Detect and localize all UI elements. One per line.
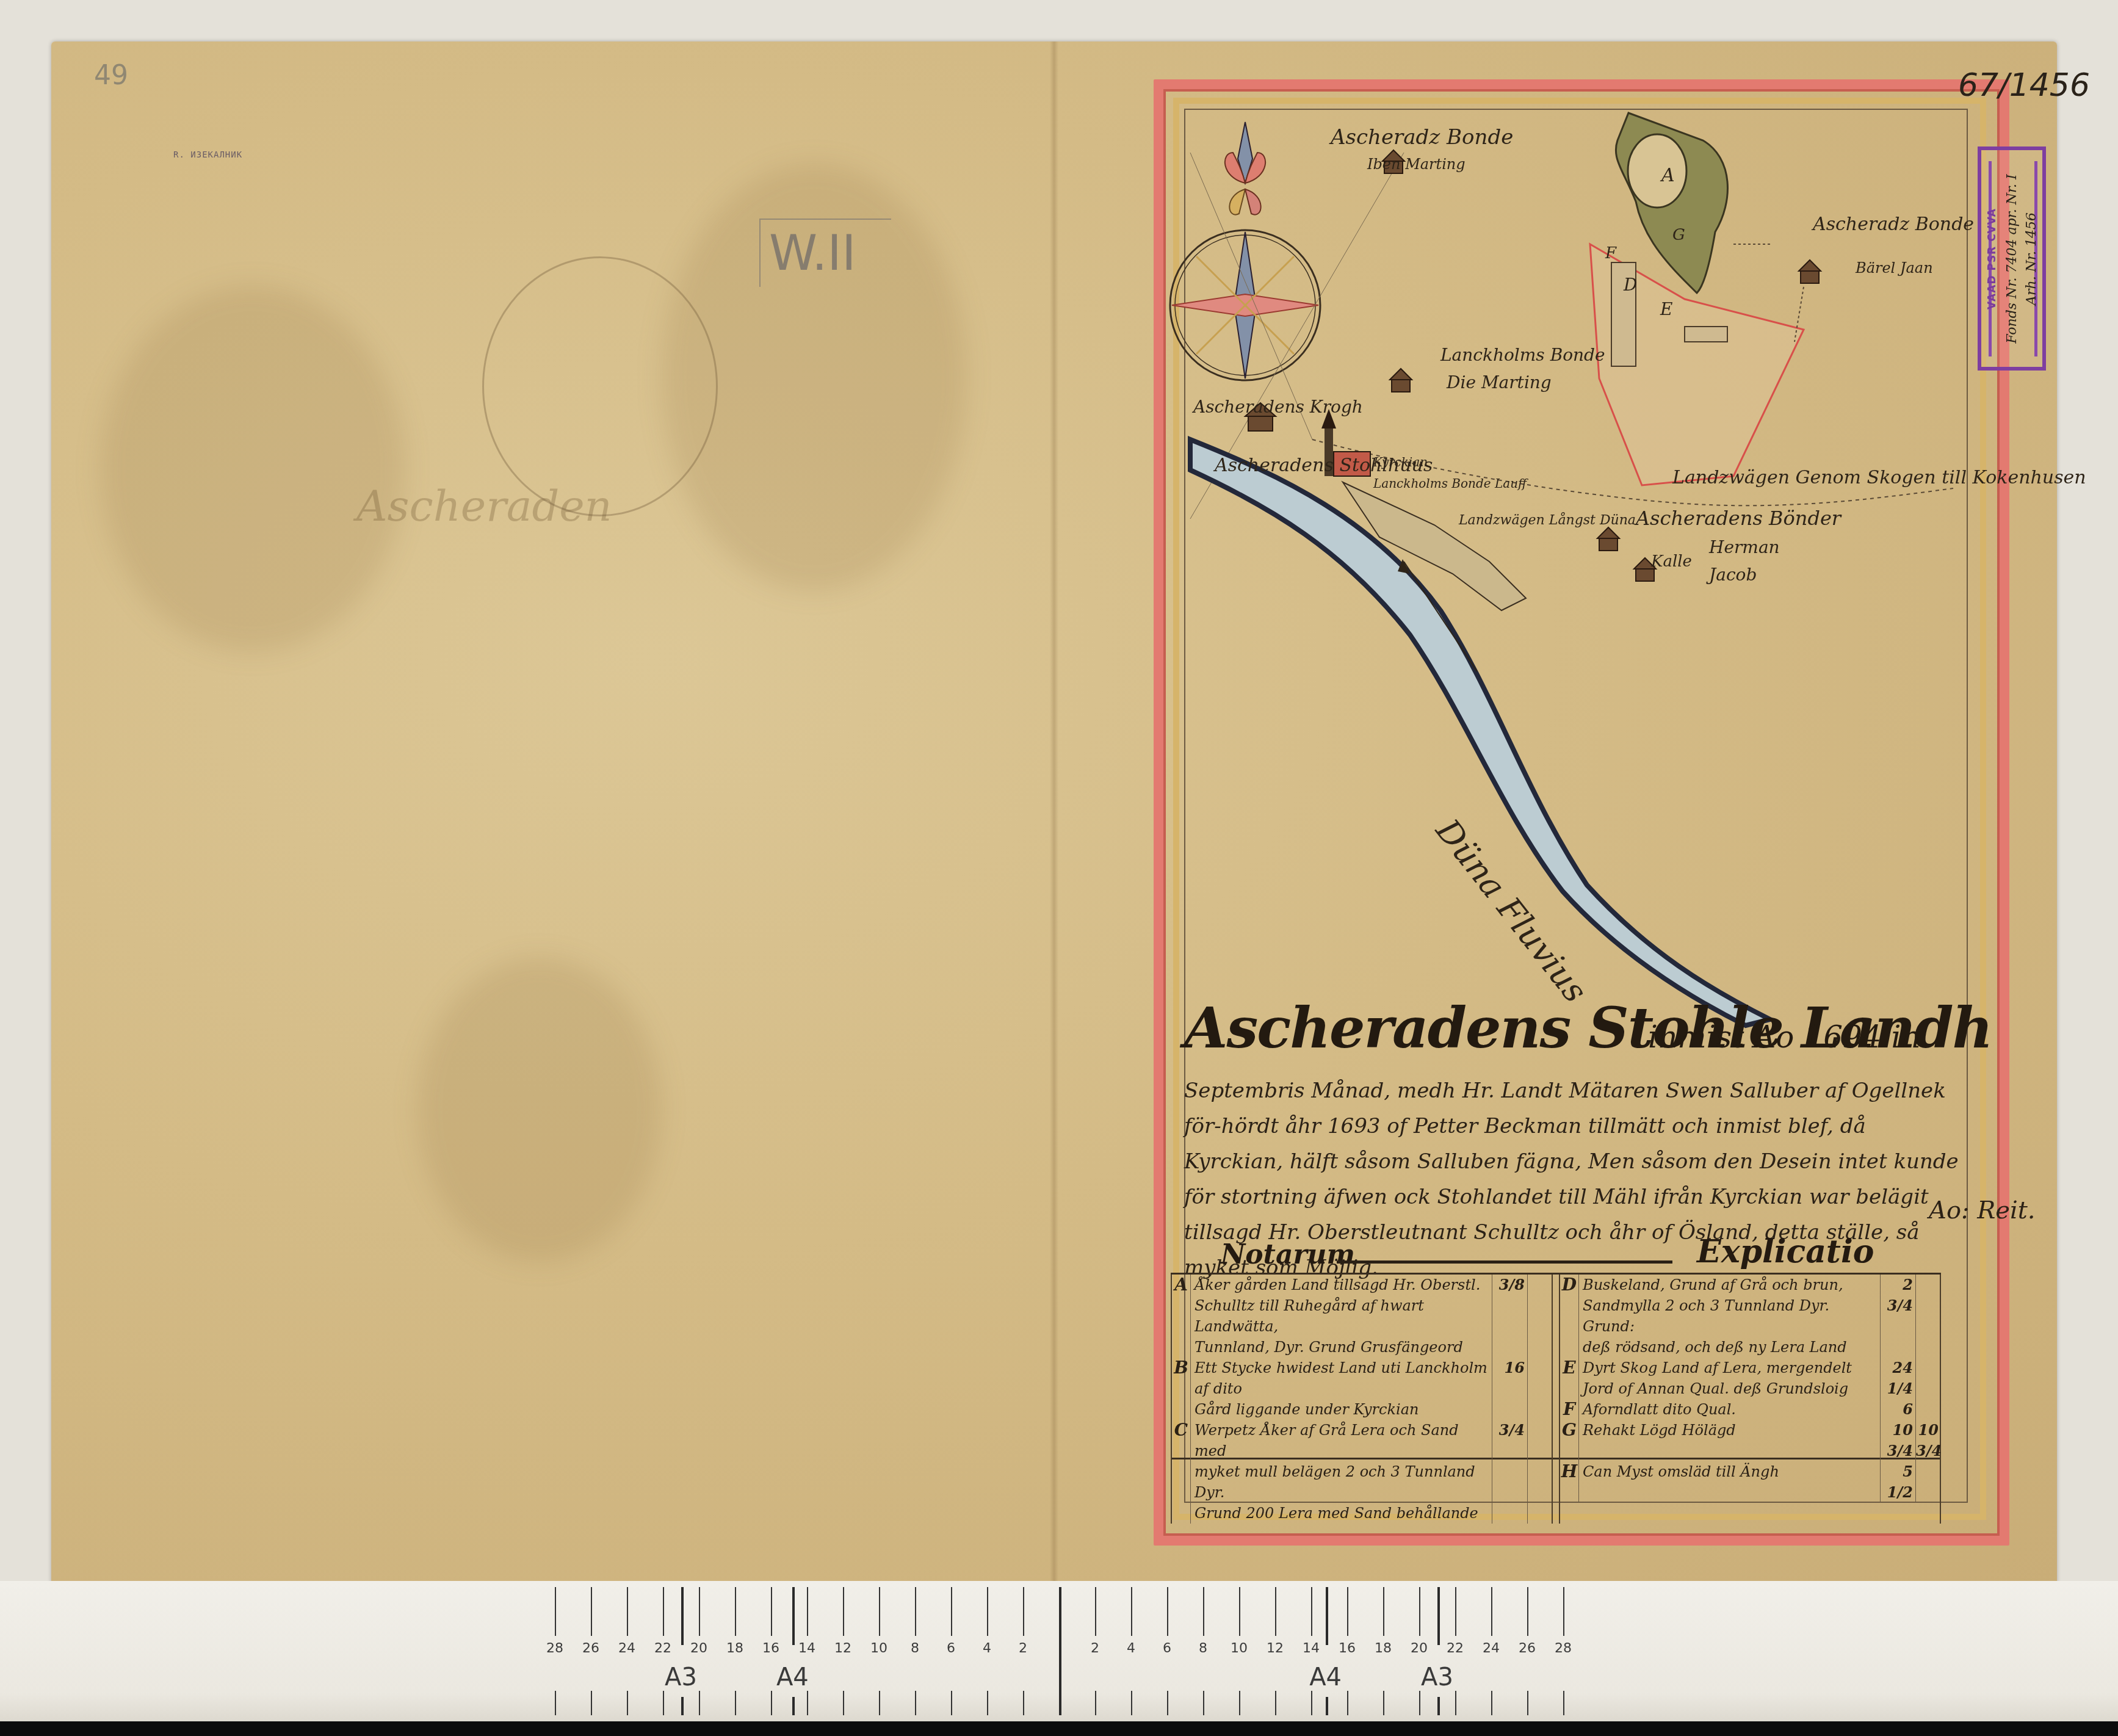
legend-header-notarum: Notarum — [1221, 1239, 1355, 1270]
ruler-tick-label: 28 — [1555, 1641, 1572, 1656]
legend-row: H Can Myst omsläd till Ängh 5 1/2 — [1560, 1461, 1940, 1503]
ruler-tick-label: 16 — [1339, 1641, 1356, 1656]
ruler-tick — [1527, 1587, 1528, 1636]
compass-rose-icon — [1170, 122, 1320, 380]
legend-letter: H — [1560, 1461, 1578, 1503]
zone-letter-e: E — [1660, 299, 1672, 319]
legend-table: A Åker gården Land tillsagd Hr. Oberstl.… — [1171, 1273, 1941, 1459]
ruler-tick-label: 24 — [618, 1641, 635, 1656]
legend-letter: G — [1560, 1420, 1578, 1461]
legend-letter: B — [1172, 1358, 1190, 1420]
ruler-tick — [663, 1587, 664, 1636]
legend-row: A Åker gården Land tillsagd Hr. Oberstl.… — [1172, 1275, 1552, 1358]
legend-column-left: A Åker gården Land tillsagd Hr. Oberstl.… — [1171, 1275, 1553, 1524]
ruler-tick — [555, 1691, 556, 1715]
ruler-tick — [987, 1587, 988, 1636]
ruler-tick — [807, 1691, 808, 1715]
ruler-tick — [1167, 1587, 1168, 1636]
ruler-tick — [1275, 1587, 1276, 1636]
legend-text: Buskeland, Grund af Grå och brun, Sandmy… — [1578, 1275, 1880, 1358]
ruler-tick — [1563, 1691, 1564, 1715]
legend-total — [1915, 1358, 1940, 1399]
label-mid-farm-owner: Die Marting — [1447, 372, 1552, 392]
legend-letter: C — [1172, 1420, 1190, 1524]
ruler-size-line — [1326, 1587, 1328, 1645]
ruler-tick-label: 24 — [1483, 1641, 1500, 1656]
ruler-tick-label: 14 — [1303, 1641, 1320, 1656]
zone-letter-g: G — [1672, 226, 1685, 244]
ruler-tick — [1563, 1587, 1564, 1636]
ruler-size-line — [1326, 1697, 1328, 1715]
ruler-tick-label: 22 — [654, 1641, 671, 1656]
ruler-tick-label: 12 — [1267, 1641, 1284, 1656]
ruler-tick — [699, 1691, 700, 1715]
ruler-tick — [1527, 1691, 1528, 1715]
ruler-tick — [1131, 1587, 1132, 1636]
legend-header-explicatio: Explicatio — [1697, 1233, 1874, 1270]
ruler-size-label: A3 — [1421, 1663, 1453, 1691]
archive-stamp: VAAD PSR CVVA Fonds Nr. 7404 apr. Nr. I … — [1978, 146, 2046, 371]
ruler-tick-label: 20 — [1411, 1641, 1428, 1656]
legend-letter: A — [1172, 1275, 1190, 1358]
legend-total — [1915, 1275, 1940, 1358]
legend-text: Dyrt Skog Land af Lera, mergendelt Jord … — [1578, 1358, 1880, 1399]
ruler-size-label: A4 — [776, 1663, 809, 1691]
legend-value: 3/4 — [1492, 1420, 1527, 1524]
ruler-tick-label: 6 — [1163, 1641, 1171, 1656]
ruler-tick — [1347, 1691, 1348, 1715]
ruler-tick — [627, 1587, 628, 1636]
legend-text: Werpetz Åker af Grå Lera och Sand med my… — [1190, 1420, 1492, 1524]
legend-header-rule — [1337, 1260, 1672, 1264]
archive-stamp-line3: Arh. Nr. 1456 — [2024, 212, 2039, 305]
legend-text: Can Myst omsläd till Ängh — [1578, 1461, 1880, 1503]
ruler-tick-label: 18 — [726, 1641, 743, 1656]
ruler-tick — [951, 1587, 952, 1636]
legend-value: 6 — [1880, 1399, 1915, 1420]
legend-value: 5 1/2 — [1880, 1461, 1915, 1503]
legend-total — [1915, 1461, 1940, 1503]
map-title-date: inmist Ao 1694 in — [1648, 1019, 1921, 1055]
legend-row: G Rehakt Lögd Hölägd 10 3/4 10 3/4 — [1560, 1420, 1940, 1461]
ruler-tick — [843, 1587, 844, 1636]
legend-row: F Aforndlatt dito Qual. 6 — [1560, 1399, 1940, 1420]
ruler-tick — [627, 1691, 628, 1715]
ruler-tick — [591, 1691, 592, 1715]
ruler-size-line — [792, 1697, 795, 1715]
ruler-tick — [843, 1691, 844, 1715]
ruler-tick — [951, 1691, 952, 1715]
ruler-tick — [1455, 1587, 1456, 1636]
ruler-tick — [699, 1587, 700, 1636]
legend-letter: F — [1560, 1399, 1578, 1420]
ruler-tick — [1311, 1587, 1312, 1636]
label-krog: Ascheradens Krogh — [1193, 397, 1363, 417]
legend-value: 3/8 — [1492, 1275, 1527, 1358]
ruler-tick-label: 4 — [1127, 1641, 1135, 1656]
ruler-tick-label: 28 — [546, 1641, 563, 1656]
ruler-tick-label: 8 — [1199, 1641, 1207, 1656]
ruler-tick — [1203, 1587, 1204, 1636]
legend-letter: D — [1560, 1275, 1578, 1358]
ruler-tick — [1023, 1587, 1024, 1636]
ruler-tick — [1239, 1587, 1240, 1636]
legend-letter: E — [1560, 1358, 1578, 1399]
ruler-tick — [879, 1587, 880, 1636]
ruler-tick — [1491, 1587, 1492, 1636]
ruler-tick — [1167, 1691, 1168, 1715]
ruler-tick-label: 14 — [798, 1641, 815, 1656]
ruler-tick — [1383, 1587, 1384, 1636]
label-mid-farm: Lanckholms Bonde — [1440, 345, 1605, 365]
ruler-tick — [807, 1587, 808, 1636]
archive-stamp-line2: Fonds Nr. 7404 apr. Nr. I — [2004, 174, 2020, 343]
archive-number: 67/1456 — [1958, 67, 2090, 104]
ruler-center-line — [1059, 1587, 1061, 1715]
ruler-tick — [987, 1691, 988, 1715]
legend-text: Rehakt Lögd Hölägd — [1578, 1420, 1880, 1461]
ruler-tick — [591, 1587, 592, 1636]
ruler-tick-label: 12 — [834, 1641, 851, 1656]
label-herman: Herman — [1709, 537, 1780, 557]
ruler-size-label: A4 — [1309, 1663, 1342, 1691]
legend-text: Aforndlatt dito Qual. — [1578, 1399, 1880, 1420]
label-road-forest: Landzwägen Genom Skogen till Kokenhusen — [1672, 467, 2086, 488]
legend-value: 2 3/4 — [1880, 1275, 1915, 1358]
ruler-tick-label: 26 — [1519, 1641, 1536, 1656]
legend-value: 24 1/4 — [1880, 1358, 1915, 1399]
zone-letter-a: A — [1661, 165, 1675, 186]
ruler-tick — [879, 1691, 880, 1715]
ruler-tick-label: 16 — [762, 1641, 779, 1656]
ruler-tick — [1203, 1691, 1204, 1715]
ruler-tick — [1095, 1587, 1096, 1636]
ruler-tick — [771, 1691, 772, 1715]
ruler-tick — [1419, 1691, 1420, 1715]
legend-total — [1527, 1275, 1552, 1358]
ruler-tick-label: 18 — [1375, 1641, 1392, 1656]
ruler-tick-label: 2 — [1019, 1641, 1027, 1656]
ruler-tick — [1419, 1587, 1420, 1636]
legend-text: Ett Stycke hwidest Land uti Lanckholm af… — [1190, 1358, 1492, 1420]
label-east-farm: Ascheradz Bonde — [1813, 214, 1974, 235]
ruler-size-line — [1437, 1587, 1440, 1645]
signature: Ao: Reit. — [1929, 1196, 2036, 1224]
ruler-tick-label: 20 — [690, 1641, 707, 1656]
ruler-tick — [735, 1587, 736, 1636]
ruler-tick-label: 4 — [983, 1641, 991, 1656]
ruler-tick — [1347, 1587, 1348, 1636]
ruler-tick — [735, 1691, 736, 1715]
legend-value: 16 — [1492, 1358, 1527, 1420]
ruler-tick — [663, 1691, 664, 1715]
ruler-size-line — [792, 1587, 795, 1645]
ruler-tick — [915, 1587, 916, 1636]
label-church-farm: Lanckholms Bonde Lauff — [1373, 476, 1527, 491]
ruler-tick — [771, 1587, 772, 1636]
label-north-farm-owner: Iben Marting — [1367, 156, 1466, 173]
ruler-size-line — [681, 1587, 684, 1645]
legend-row: C Werpetz Åker af Grå Lera och Sand med … — [1172, 1420, 1552, 1524]
legend-text: Åker gården Land tillsagd Hr. Oberstl. S… — [1190, 1275, 1492, 1358]
ruler-size-label: A3 — [665, 1663, 697, 1691]
measurement-ruler: 2826242220181614121086422468101214161820… — [0, 1581, 2118, 1721]
ruler-size-line — [681, 1697, 684, 1715]
ruler-tick-label: 6 — [947, 1641, 955, 1656]
label-north-farm: Ascheradz Bonde — [1331, 125, 1513, 150]
ruler-tick — [1275, 1691, 1276, 1715]
ruler-tick — [555, 1587, 556, 1636]
ruler-tick — [1095, 1691, 1096, 1715]
legend-row: E Dyrt Skog Land af Lera, mergendelt Jor… — [1560, 1358, 1940, 1399]
ruler-tick-label: 10 — [1231, 1641, 1248, 1656]
ruler-tick — [1311, 1691, 1312, 1715]
zone-letter-f: F — [1605, 244, 1616, 262]
legend-total — [1915, 1399, 1940, 1420]
label-east-farm-owner: Bärel Jaan — [1856, 259, 1933, 277]
legend-total — [1527, 1358, 1552, 1420]
legend-row: B Ett Stycke hwidest Land uti Lanckholm … — [1172, 1358, 1552, 1420]
legend-total: 10 3/4 — [1915, 1420, 1940, 1461]
zone-letter-d: D — [1624, 275, 1637, 295]
legend-column-right: D Buskeland, Grund af Grå och brun, Sand… — [1559, 1275, 1941, 1524]
label-jacob: Jacob — [1709, 565, 1757, 585]
ruler-tick-label: 22 — [1447, 1641, 1464, 1656]
archive-stamp-line1: VAAD PSR CVVA — [1986, 208, 1998, 309]
ruler-tick-label: 10 — [870, 1641, 887, 1656]
ruler-tick — [915, 1691, 916, 1715]
ruler-tick — [1491, 1691, 1492, 1715]
label-peasants: Ascheradens Bönder — [1636, 507, 1841, 530]
ruler-tick — [1239, 1691, 1240, 1715]
legend-row: D Buskeland, Grund af Grå och brun, Sand… — [1560, 1275, 1940, 1358]
label-kalle: Kalle — [1651, 552, 1692, 571]
ruler-tick — [1023, 1691, 1024, 1715]
ruler-tick — [1455, 1691, 1456, 1715]
ruler-tick — [1383, 1691, 1384, 1715]
ruler-size-line — [1437, 1697, 1440, 1715]
legend-value: 10 3/4 — [1880, 1420, 1915, 1461]
label-road-river: Landzwägen Långst Düna — [1459, 513, 1636, 528]
ruler-tick-label: 2 — [1091, 1641, 1099, 1656]
ruler-tick — [1131, 1691, 1132, 1715]
ruler-tick-label: 26 — [582, 1641, 599, 1656]
ruler-tick-label: 8 — [911, 1641, 919, 1656]
scanner-edge — [0, 1721, 2118, 1736]
label-church: Kyrckian — [1373, 455, 1428, 469]
legend-total — [1527, 1420, 1552, 1524]
